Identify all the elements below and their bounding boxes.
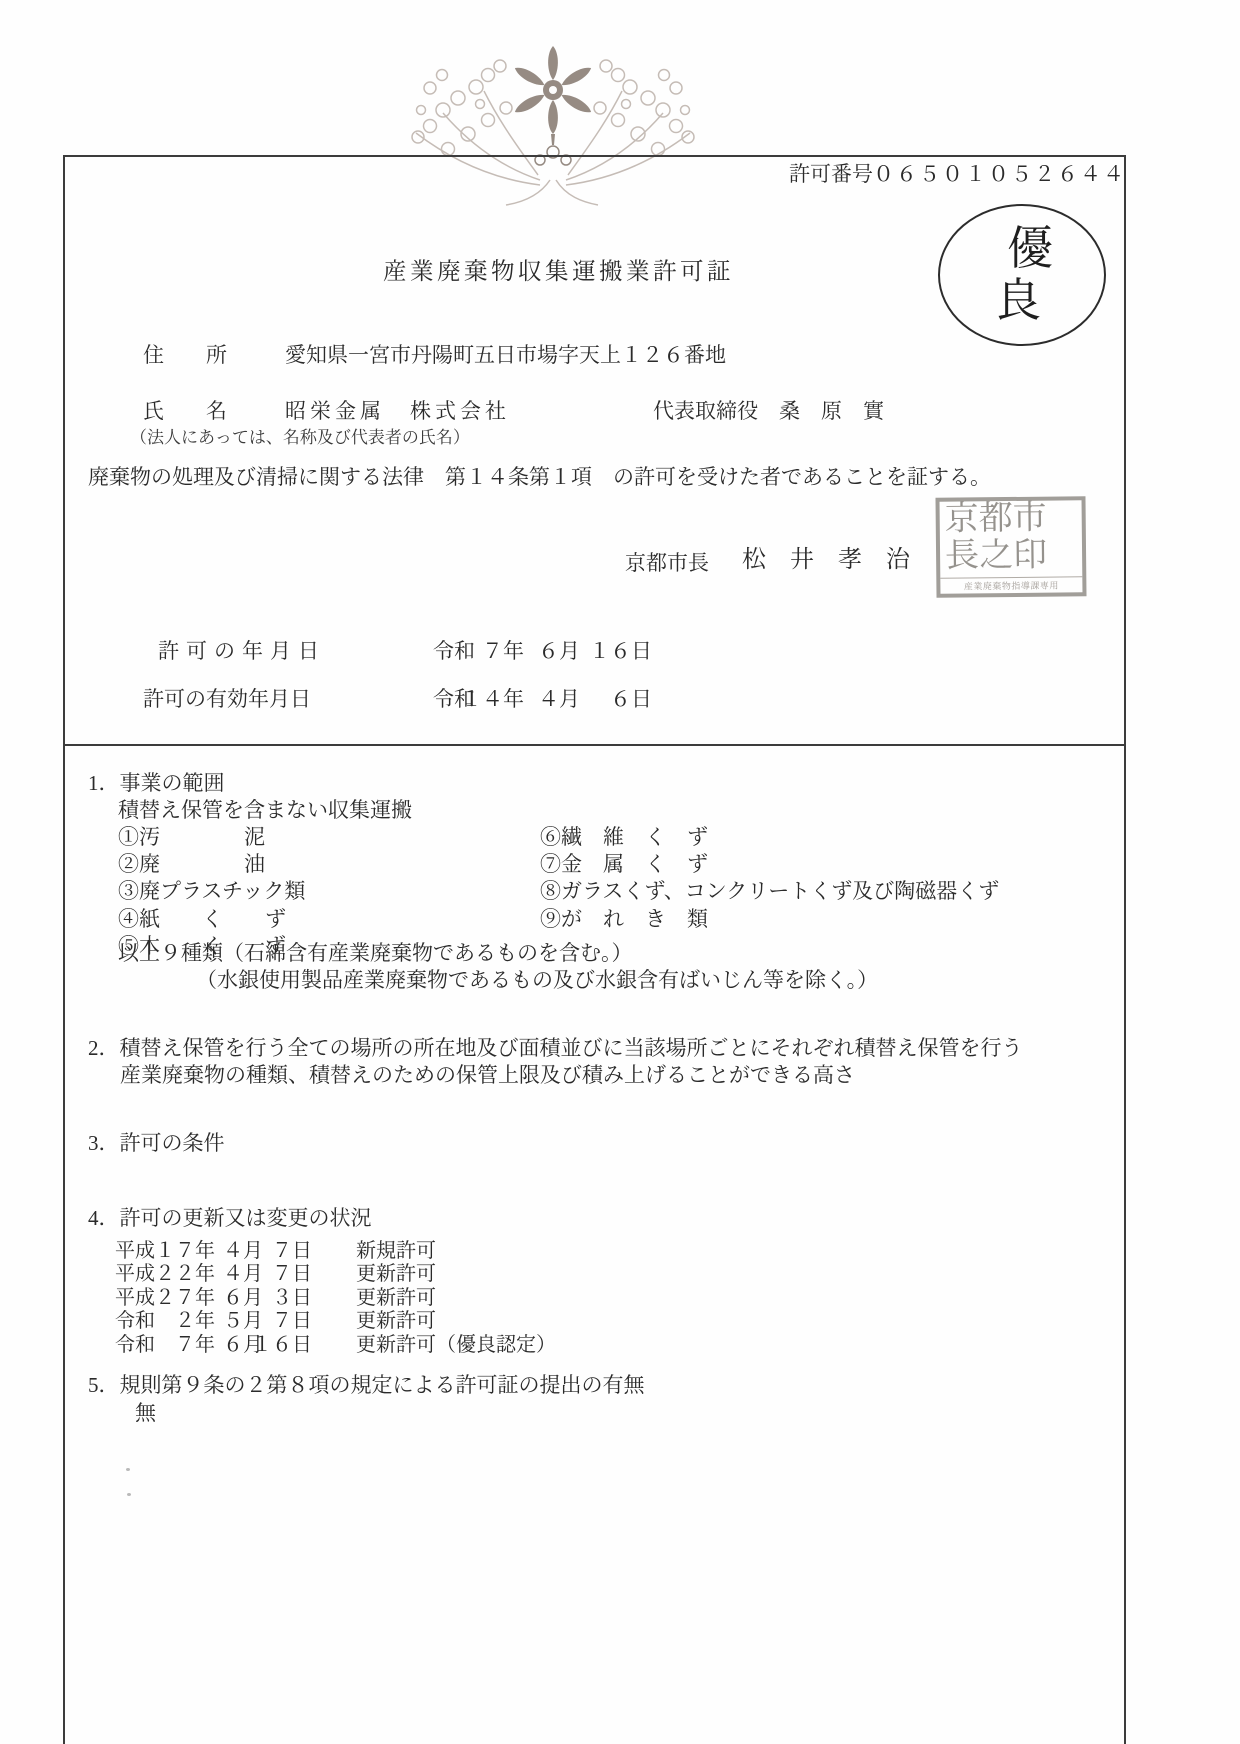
permit-date-day: １６日 — [584, 635, 652, 665]
section-divider-line — [63, 744, 1126, 746]
issuer-name: 松 井 孝 治 — [742, 545, 910, 575]
section2-line2: 産業廃棄物の種類、積替えのための保管上限及び積み上げることができる高さ — [120, 1062, 855, 1088]
waste-item-1: ①汚 泥 — [118, 824, 265, 850]
section1-subtitle: 積替え保管を含まない収集運搬 — [118, 797, 412, 823]
waste-item-8: ⑧ガラスくず、コンクリートくず及び陶磁器くず — [540, 878, 999, 904]
waste-item-9: ⑨が れ き 類 — [540, 906, 708, 932]
scan-speck — [126, 1468, 130, 1471]
representative-name: 代表取締役 桑 原 實 — [653, 398, 884, 424]
waste-item-4: ④紙 く ず — [118, 906, 286, 932]
crest-flower — [512, 46, 593, 165]
permit-certificate-page: 許可番号０６５０１０５２６４４ 優 良 産業廃棄物収集運搬業許可証 住 所 愛知… — [0, 0, 1240, 1744]
certification-statement: 廃棄物の処理及び清掃に関する法律 第１４条第１項 の許可を受けた者であることを証… — [88, 464, 991, 490]
valid-date-label: 許可の有効年月日 — [143, 683, 311, 713]
valid-date-year: １４年 — [458, 683, 524, 713]
valid-date-day: ６日 — [584, 683, 652, 713]
waste-item-7: ⑦金 属 く ず — [540, 851, 708, 877]
waste-item-3: ③廃プラスチック類 — [118, 878, 305, 904]
history-date: 令和 ７年 — [113, 1328, 215, 1357]
valid-date-month: ４月 — [530, 683, 580, 713]
company-name: 昭栄金属 株式会社 — [285, 398, 510, 424]
section2-number: 2． — [88, 1036, 120, 1060]
section1-heading: 1．事業の範囲 — [88, 770, 225, 796]
name-label: 氏 名 — [143, 398, 227, 424]
section4-heading: 4．許可の更新又は変更の状況 — [88, 1205, 372, 1231]
section1-note-1: 以上９種類（石綿含有産業廃棄物であるものを含む。） — [118, 940, 633, 966]
history-action: 更新許可（優良認定） — [356, 1328, 556, 1357]
address-value: 愛知県一宮市丹陽町五日市場字天上１２６番地 — [285, 342, 726, 368]
issuer-title: 京都市長 — [625, 550, 709, 576]
permit-number: 許可番号０６５０１０５２６４４ — [789, 161, 1126, 187]
name-note: （法人にあっては、名称及び代表者の氏名） — [130, 427, 470, 448]
badge-char-bottom: 良 — [995, 275, 1041, 327]
history-day: １６日 — [250, 1328, 312, 1357]
mayor-seal-stamp: 京都市 長之印 産業廃棄物指導課専用 — [935, 496, 1086, 598]
scan-speck — [127, 1493, 131, 1496]
seal-small-text: 産業廃棄物指導課専用 — [940, 576, 1082, 592]
section1-note-2: （水銀使用製品産業廃棄物であるもの及び水銀含有ばいじん等を除く。） — [196, 967, 878, 993]
permit-number-label: 許可番号 — [789, 162, 873, 186]
section5-answer: 無 — [135, 1400, 156, 1426]
waste-item-2: ②廃 油 — [118, 851, 265, 877]
excellent-certification-badge: 優 良 — [938, 204, 1106, 346]
section5-heading: 5．規則第９条の２第８項の規定による許可証の提出の有無 — [88, 1372, 645, 1398]
permit-date-month: ６月 — [530, 635, 580, 665]
permit-date-year: ７年 — [458, 635, 524, 665]
permit-date-label: 許可の年月日 — [158, 635, 326, 665]
seal-row-2: 長之印 — [940, 537, 1082, 575]
permit-number-value: ０６５０１０５２６４４ — [873, 162, 1126, 186]
waste-item-6: ⑥繊 維 く ず — [540, 824, 708, 850]
section2-line1: 2．積替え保管を行う全ての場所の所在地及び面積並びに当該場所ごとにそれぞれ積替え… — [88, 1035, 1023, 1061]
section2-text1: 積替え保管を行う全ての場所の所在地及び面積並びに当該場所ごとにそれぞれ積替え保管… — [120, 1036, 1023, 1060]
address-label: 住 所 — [143, 342, 227, 368]
badge-char-top: 優 — [1007, 223, 1053, 275]
section3-heading: 3．許可の条件 — [88, 1130, 225, 1156]
seal-row-1: 京都市 — [940, 500, 1082, 538]
certificate-title: 産業廃棄物収集運搬業許可証 — [383, 258, 734, 287]
